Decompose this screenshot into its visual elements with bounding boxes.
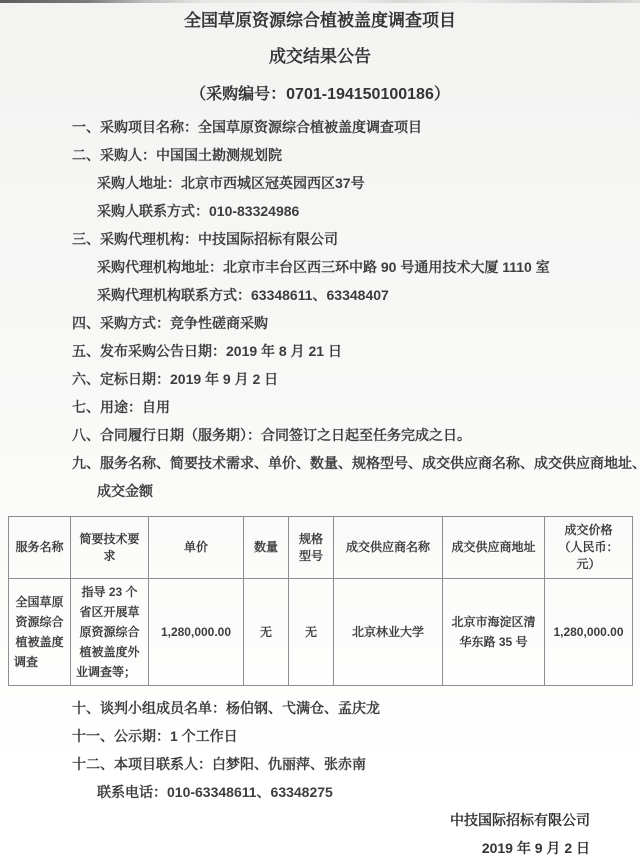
line-purchaser-contact: 采购人联系方式：010-83324986 xyxy=(0,197,640,225)
line-project-contacts: 十二、本项目联系人：白梦阳、仇丽萍、张赤南 xyxy=(0,750,640,778)
col-header-spec-model: 规格型号 xyxy=(289,517,334,579)
signature-agency-name: 中技国际招标有限公司 xyxy=(0,806,590,834)
cell-award-price: 1,280,000.00 xyxy=(545,579,633,686)
line-procurement-method: 四、采购方式：竞争性磋商采购 xyxy=(0,309,640,337)
cell-supplier-name: 北京林业大学 xyxy=(334,579,443,686)
line-contact-phone: 联系电话：010-63348611、63348275 xyxy=(0,778,640,806)
col-header-unit-price: 单价 xyxy=(149,517,244,579)
col-header-supplier-address: 成交供应商地址 xyxy=(443,517,545,579)
document-title: 全国草原资源综合植被盖度调查项目 xyxy=(0,10,640,32)
line-purpose: 七、用途：自用 xyxy=(0,393,640,421)
cell-service-name: 全国草原资源综合植被盖度调查 xyxy=(9,579,71,686)
body-sections-top: 一、采购项目名称：全国草原资源综合植被盖度调查项目 二、采购人：中国国土勘测规划… xyxy=(0,113,640,505)
line-announcement-date: 五、发布采购公告日期：2019 年 8 月 21 日 xyxy=(0,337,640,365)
line-negotiation-team: 十、谈判小组成员名单：杨伯钢、弋满仓、孟庆龙 xyxy=(0,694,640,722)
line-purchaser: 二、采购人：中国国土勘测规划院 xyxy=(0,141,640,169)
scan-artifact-top-edge xyxy=(0,0,640,3)
cell-unit-price: 1,280,000.00 xyxy=(149,579,244,686)
col-header-supplier-name: 成交供应商名称 xyxy=(334,517,443,579)
col-header-tech-requirements: 简要技术要求 xyxy=(71,517,149,579)
signature-block: 中技国际招标有限公司 2019 年 9 月 2 日 xyxy=(0,806,640,856)
line-agency: 三、采购代理机构：中技国际招标有限公司 xyxy=(0,225,640,253)
signature-date: 2019 年 9 月 2 日 xyxy=(0,834,590,856)
line-publicity-period: 十一、公示期：1 个工作日 xyxy=(0,722,640,750)
line-project-name: 一、采购项目名称：全国草原资源综合植被盖度调查项目 xyxy=(0,113,640,141)
table-header-row: 服务名称 简要技术要求 单价 数量 规格型号 成交供应商名称 成交供应商地址 成… xyxy=(9,517,633,579)
col-header-award-price: 成交价格 （人民币：元） xyxy=(545,517,633,579)
cell-tech-requirements: 指导 23 个省区开展草原资源综合植被盖度外业调查等； xyxy=(71,579,149,686)
line-award-date: 六、定标日期：2019 年 9 月 2 日 xyxy=(0,365,640,393)
cell-quantity: 无 xyxy=(244,579,289,686)
line-purchaser-address: 采购人地址：北京市西城区冠英园西区37号 xyxy=(0,169,640,197)
line-agency-contact: 采购代理机构联系方式：63348611、63348407 xyxy=(0,281,640,309)
line-service-info-wrap: 成交金额 xyxy=(0,477,640,505)
line-agency-address: 采购代理机构地址：北京市丰台区西三环中路 90 号通用技术大厦 1110 室 xyxy=(0,253,640,281)
award-result-table: 服务名称 简要技术要求 单价 数量 规格型号 成交供应商名称 成交供应商地址 成… xyxy=(8,516,633,686)
procurement-number: （采购编号：0701-194150100186） xyxy=(0,84,640,106)
cell-spec-model: 无 xyxy=(289,579,334,686)
col-header-quantity: 数量 xyxy=(244,517,289,579)
document-subtitle: 成交结果公告 xyxy=(0,46,640,68)
line-contract-period: 八、合同履行日期（服务期）：合同签订之日起至任务完成之日。 xyxy=(0,421,640,449)
body-sections-bottom: 十、谈判小组成员名单：杨伯钢、弋满仓、孟庆龙 十一、公示期：1 个工作日 十二、… xyxy=(0,694,640,806)
announcement-document: 全国草原资源综合植被盖度调查项目 成交结果公告 （采购编号：0701-19415… xyxy=(0,10,640,856)
line-service-info-intro: 九、服务名称、简要技术需求、单价、数量、规格型号、成交供应商名称、成交供应商地址… xyxy=(0,449,640,477)
table-row: 全国草原资源综合植被盖度调查 指导 23 个省区开展草原资源综合植被盖度外业调查… xyxy=(9,579,633,686)
cell-supplier-address: 北京市海淀区清华东路 35 号 xyxy=(443,579,545,686)
col-header-service-name: 服务名称 xyxy=(9,517,71,579)
